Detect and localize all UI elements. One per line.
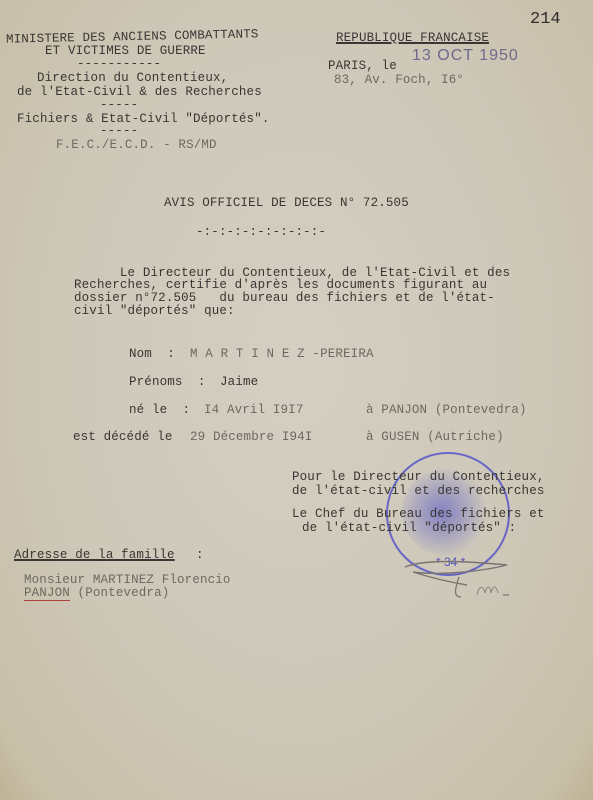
prenoms-value: Jaime [220,375,258,389]
nom-value: M A R T I N E Z -PEREIRA [190,347,374,361]
death-place: à GUSEN (Autriche) [366,430,504,444]
reference-code: F.E.C./E.C.D. - RS/MD [56,138,217,152]
signature-line-4: de l'état-civil "déportés" : [302,521,516,535]
red-underline [24,600,70,601]
birth-place: à PANJON (Pontevedra) [366,403,527,417]
ministry-line-2: ET VICTIMES DE GUERRE [45,44,206,58]
body-line-3: dossier n°72.505 du bureau des fichiers … [74,291,495,305]
title-separator: -:-:-:-:-:-:-:-:- [196,225,326,239]
prenoms-label: Prénoms : [129,375,206,389]
family-address-colon: : [196,548,204,562]
separator: ----- [100,98,138,112]
date-stamp: 13 OCT 1950 [412,47,519,65]
direction-line-2: de l'Etat-Civil & des Recherches [17,85,262,99]
handwritten-signature-icon [395,555,525,600]
place-date-label: PARIS, le [328,59,397,73]
family-address-label: Adresse de la famille [14,548,175,562]
family-contact-place: PANJON (Pontevedra) [24,586,169,600]
family-contact-name: Monsieur MARTINEZ Florencio [24,573,231,587]
nom-label: Nom : [129,347,175,361]
separator: ----------- [77,57,161,71]
separator: ----- [100,124,138,138]
body-line-2: Recherches, certifie d'après les documen… [74,278,487,292]
birth-label: né le : [129,403,190,417]
death-date: 29 Décembre I94I [190,430,312,444]
page-number: 214 [530,10,561,29]
service-name: Fichiers & Etat-Civil "Déportés". [17,112,270,126]
birth-date: I4 Avril I9I7 [204,403,303,417]
direction-line-1: Direction du Contentieux, [37,71,228,85]
signature-line-3: Le Chef du Bureau des fichiers et [292,507,545,521]
address: 83, Av. Foch, I6° [334,73,464,87]
republic-heading: REPUBLIQUE FRANCAISE [336,31,489,45]
body-line-4: civil "déportés" que: [74,304,235,318]
death-label: est décédé le [73,430,172,444]
signature-line-2: de l'état-civil et des recherches [292,484,545,498]
document-title: AVIS OFFICIEL DE DECES N° 72.505 [164,196,409,210]
signature-line-1: Pour le Directeur du Contentieux, [292,470,545,484]
